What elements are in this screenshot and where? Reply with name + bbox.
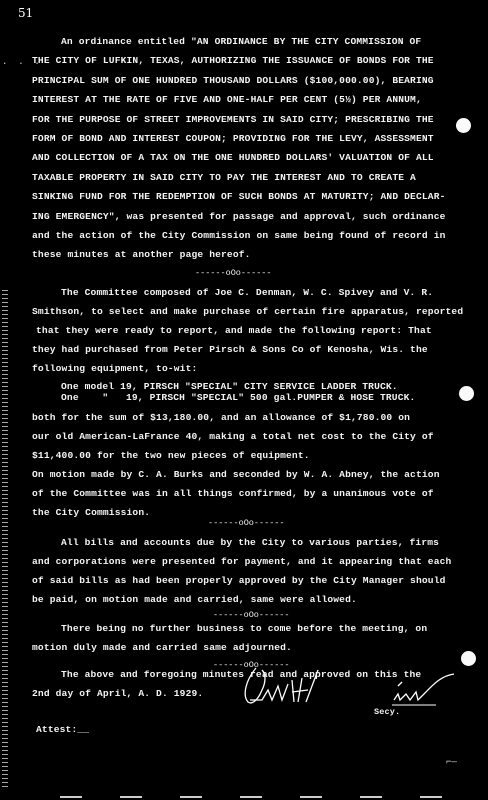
text-line: of the Committee was in all things confi…: [32, 488, 434, 500]
punch-hole: [456, 118, 471, 133]
mayor-signature-icon: [236, 660, 336, 710]
text-line: The Committee composed of Joe C. Denman,…: [61, 287, 433, 299]
section-separator: ------oOo------: [213, 610, 290, 620]
text-line: THE CITY OF LUFKIN, TEXAS, AUTHORIZING T…: [32, 55, 434, 67]
text-line: our old American-LaFrance 40, making a t…: [32, 431, 434, 443]
text-line: and the action of the City Commission on…: [32, 230, 446, 242]
text-line: FORM OF BOND AND INTEREST COUPON; PROVID…: [32, 133, 434, 145]
text-line: these minutes at another page hereof.: [32, 249, 251, 261]
punch-hole: [461, 651, 476, 666]
text-line: and corporations were presented for paym…: [32, 556, 451, 568]
text-line: 2nd day of April, A. D. 1929.: [32, 688, 203, 700]
text-line: There being no further business to come …: [61, 623, 427, 635]
text-line: motion duly made and carried same adjour…: [32, 642, 292, 654]
punch-hole: [459, 386, 474, 401]
secretary-signature-icon: [388, 672, 488, 712]
section-separator: ------oOo------: [208, 518, 285, 528]
section-separator: ------oOo------: [195, 268, 272, 278]
text-line: Smithson, to select and make purchase of…: [32, 306, 463, 318]
text-line: ING EMERGENCY", was presented for passag…: [32, 211, 446, 223]
page-number: 51: [18, 6, 33, 20]
text-line: SINKING FUND FOR THE REDEMPTION OF SUCH …: [32, 191, 446, 203]
text-line: of said bills as had been properly appro…: [32, 575, 446, 587]
text-line: following equipment, to-wit:: [32, 363, 197, 375]
secretary-label: Secy.: [374, 706, 400, 718]
text-line: FOR THE PURPOSE OF STREET IMPROVEMENTS I…: [32, 114, 434, 126]
text-line: that they were ready to report, and made…: [36, 325, 432, 337]
text-line: $11,400.00 for the two new pieces of equ…: [32, 450, 310, 462]
bottom-edge-marks: [60, 796, 480, 798]
text-line: AND COLLECTION OF A TAX ON THE ONE HUNDR…: [32, 152, 434, 164]
page-corner-mark: ⌐—: [446, 758, 457, 767]
text-line: they had purchased from Peter Pirsch & S…: [32, 344, 428, 356]
attest-label: Attest:__: [36, 724, 89, 736]
text-line: both for the sum of $13,180.00, and an a…: [32, 412, 410, 424]
left-margin-binding-marks: [2, 290, 8, 790]
scanned-document-page: . . . 51 An ordinance entitled "AN ORDIN…: [0, 0, 488, 800]
text-line: the City Commission.: [32, 507, 150, 519]
text-line: TAXABLE PROPERTY IN SAID CITY TO PAY THE…: [32, 172, 416, 184]
text-line: On motion made by C. A. Burks and second…: [32, 469, 440, 481]
text-line: be paid, on motion made and carried, sam…: [32, 594, 357, 606]
text-line: An ordinance entitled "AN ORDINANCE BY T…: [61, 36, 421, 48]
text-line: PRINCIPAL SUM OF ONE HUNDRED THOUSAND DO…: [32, 75, 434, 87]
equipment-item: One " 19, PIRSCH "SPECIAL" 500 gal.PUMPE…: [61, 392, 415, 404]
text-line: INTEREST AT THE RATE OF FIVE AND ONE-HAL…: [32, 94, 422, 106]
text-line: All bills and accounts due by the City t…: [61, 537, 439, 549]
